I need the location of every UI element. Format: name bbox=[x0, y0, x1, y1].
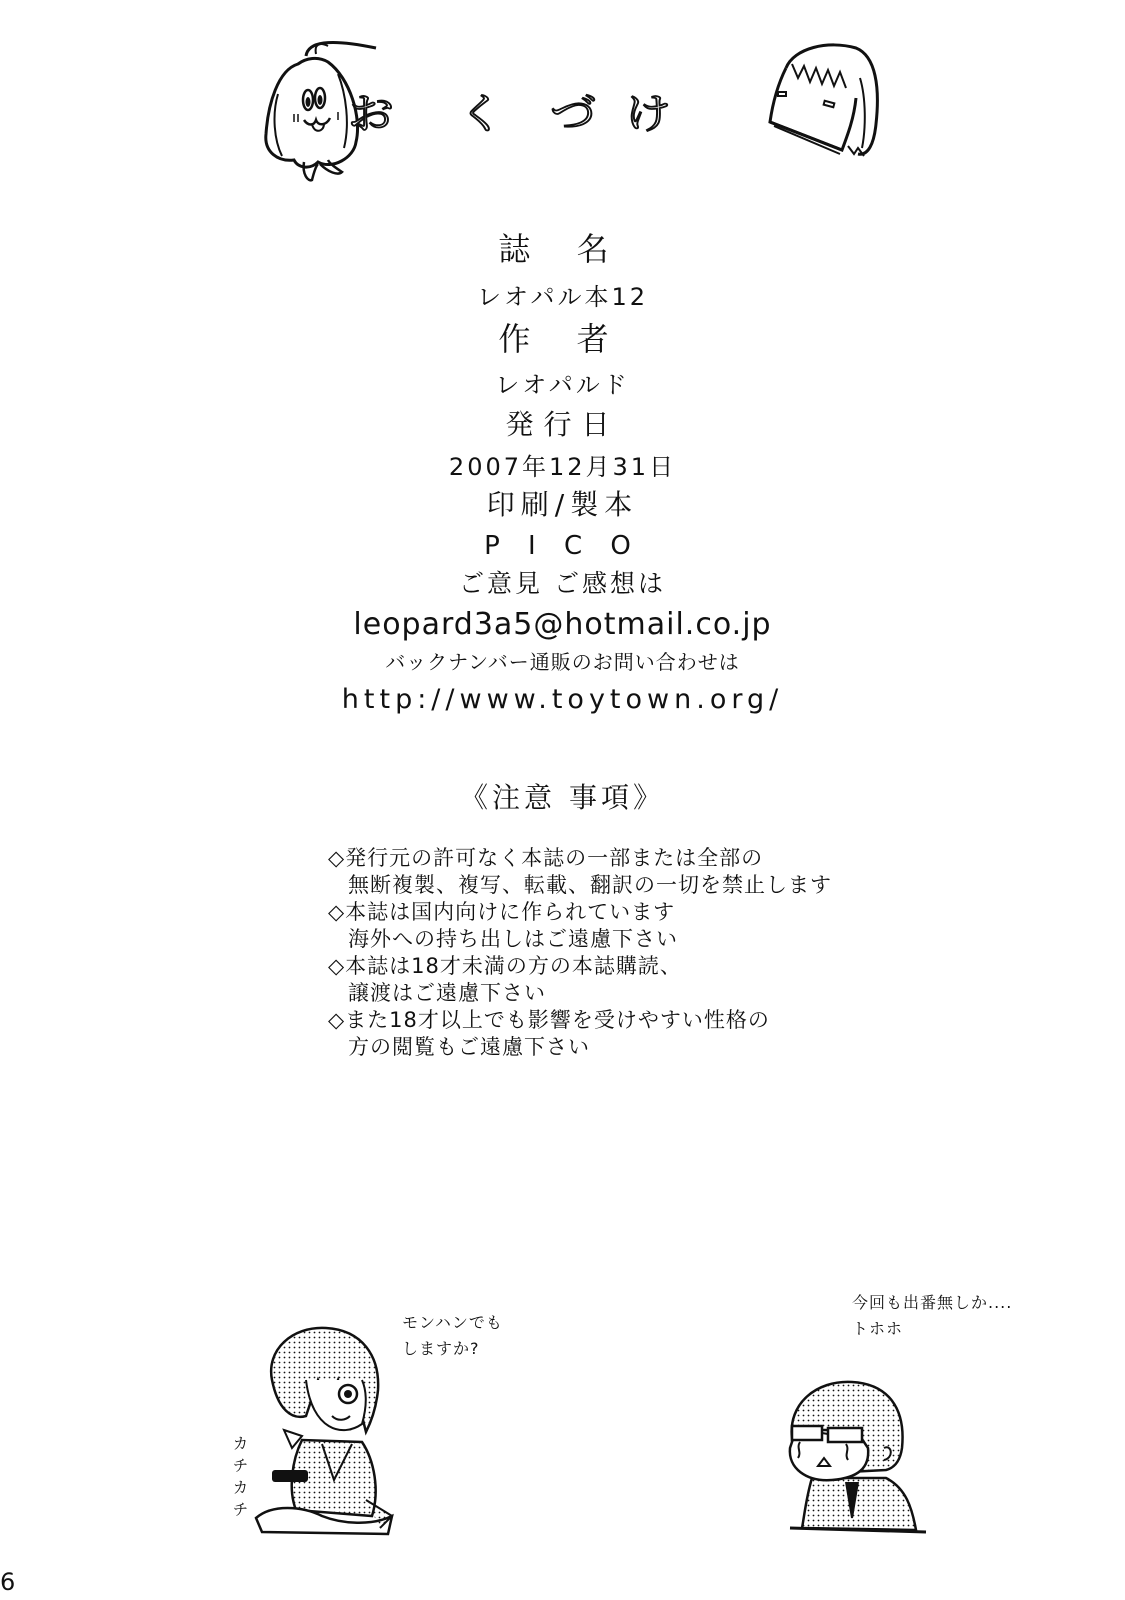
date-label: 発行日 bbox=[0, 411, 1125, 439]
notice-text: 本誌は18才未満の方の本誌購読、 bbox=[345, 954, 682, 978]
diamond-bullet-icon: ◇ bbox=[328, 1008, 345, 1032]
speech-line: トホホ bbox=[852, 1316, 1012, 1342]
notice-text: 方の閲覧もご遠慮下さい bbox=[328, 1034, 832, 1061]
printer-value: P I C O bbox=[0, 533, 1125, 559]
notice-line: ◇本誌は18才未満の方の本誌購読、 bbox=[328, 953, 832, 980]
speech-line: しますか? bbox=[402, 1336, 503, 1362]
notice-item: ◇本誌は18才未満の方の本誌購読、 譲渡はご遠慮下さい bbox=[328, 953, 832, 1007]
diamond-bullet-icon: ◇ bbox=[328, 954, 345, 978]
notice-text: 譲渡はご遠慮下さい bbox=[328, 980, 832, 1007]
colophon-block: 誌 名 レオパル本12 作 者 レオパルド 発行日 2007年12月31日 印刷… bbox=[0, 225, 1125, 713]
okuzuke-title-char-ku: く bbox=[458, 81, 504, 140]
notice-item: ◇本誌は国内向けに作られています 海外への持ち出しはご遠慮下さい bbox=[328, 899, 832, 953]
okuzuke-title-char-zu: づ bbox=[550, 81, 596, 140]
girl-playing-handheld-illustration-icon bbox=[262, 1320, 412, 1540]
notice-item: ◇また18才以上でも影響を受けやすい性格の 方の閲覧もご遠慮下さい bbox=[328, 1007, 832, 1061]
printer-label: 印刷/製本 bbox=[0, 491, 1125, 519]
website-link[interactable]: http://www.toytown.org/ bbox=[0, 686, 1125, 713]
notice-item: ◇発行元の許可なく本誌の一部または全部の 無断複製、複写、転載、翻訳の一切を禁止… bbox=[328, 845, 832, 899]
notice-text: 発行元の許可なく本誌の一部または全部の bbox=[345, 846, 763, 870]
left-character-sfx: カチカチ bbox=[228, 1435, 251, 1523]
crying-glasses-man-illustration-icon bbox=[786, 1378, 936, 1538]
author-label: 作 者 bbox=[0, 323, 1125, 355]
date-value: 2007年12月31日 bbox=[0, 455, 1125, 479]
speech-line: モンハンでも bbox=[402, 1310, 503, 1336]
notice-text: 無断複製、複写、転載、翻訳の一切を禁止します bbox=[328, 872, 832, 899]
right-character-speech: 今回も出番無しか.... トホホ bbox=[852, 1290, 1012, 1342]
notice-text: 本誌は国内向けに作られています bbox=[345, 900, 675, 924]
feedback-label: ご意見 ご感想は bbox=[0, 571, 1125, 596]
diamond-bullet-icon: ◇ bbox=[328, 846, 345, 870]
okuzuke-header: お く づ け bbox=[240, 20, 880, 200]
notice-text: 海外への持ち出しはご遠慮下さい bbox=[328, 926, 832, 953]
notice-line: ◇また18才以上でも影響を受けやすい性格の bbox=[328, 1007, 832, 1034]
title-label: 誌 名 bbox=[0, 233, 1125, 265]
author-value: レオパルド bbox=[0, 373, 1125, 397]
diamond-bullet-icon: ◇ bbox=[328, 900, 345, 924]
page-number: 6 bbox=[0, 1568, 15, 1596]
notice-text: また18才以上でも影響を受けやすい性格の bbox=[345, 1008, 770, 1032]
okuzuke-title-char-ke: け bbox=[625, 81, 671, 140]
notice-line: ◇本誌は国内向けに作られています bbox=[328, 899, 832, 926]
left-character-speech: モンハンでも しますか? bbox=[402, 1310, 503, 1362]
notices-list: ◇発行元の許可なく本誌の一部または全部の 無断複製、複写、転載、翻訳の一切を禁止… bbox=[328, 845, 832, 1061]
title-value: レオパル本12 bbox=[0, 285, 1125, 309]
notice-line: ◇発行元の許可なく本誌の一部または全部の bbox=[328, 845, 832, 872]
email-link[interactable]: leopard3a5@hotmail.co.jp bbox=[0, 610, 1125, 640]
backnumber-label: バックナンバー通販のお問い合わせは bbox=[0, 652, 1125, 672]
right-mascot-head-icon bbox=[768, 38, 880, 158]
okuzuke-title-char-o: お bbox=[348, 81, 394, 140]
speech-line: 今回も出番無しか.... bbox=[852, 1290, 1012, 1316]
notices-heading: 《注意 事項》 bbox=[0, 776, 1125, 816]
